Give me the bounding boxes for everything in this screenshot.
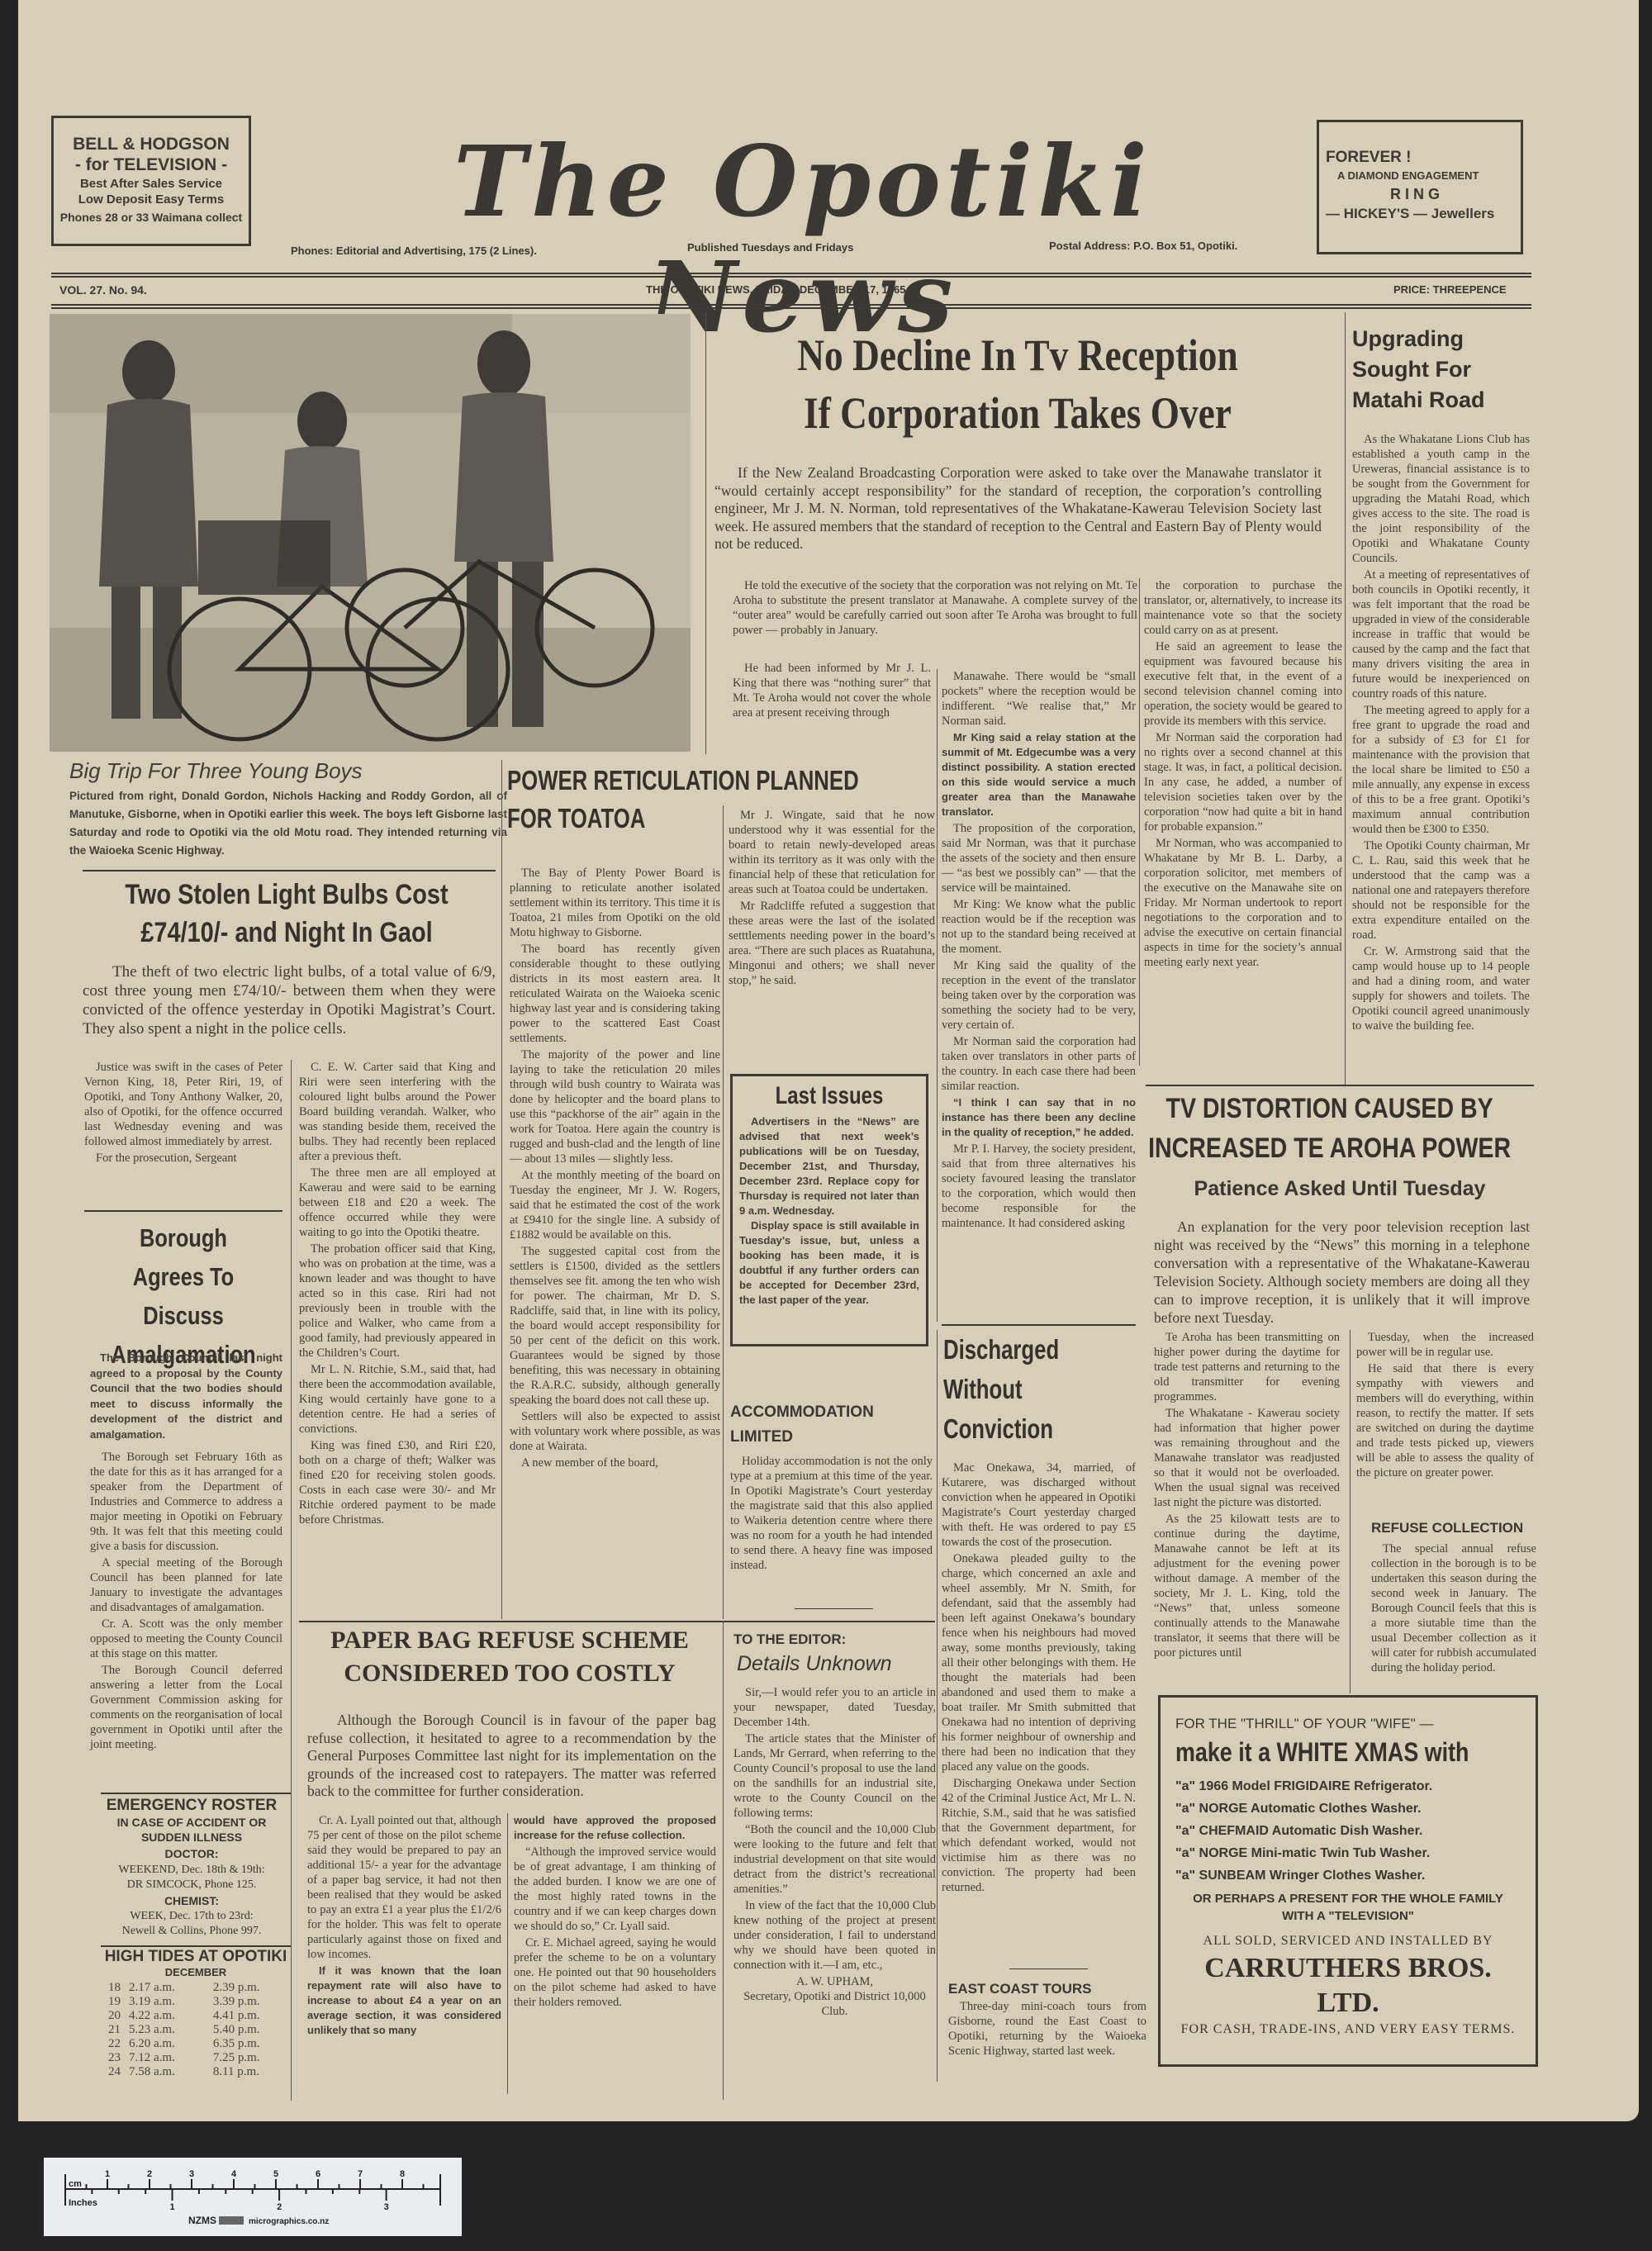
paragraph: A special meeting of the Borough Council… [90,1555,282,1615]
light-bulbs-col1: Justice was swift in the cases of Peter … [84,1060,282,1167]
paragraph: At the monthly meeting of the board on T… [510,1168,720,1242]
tide-am: 7.12 a.m. [129,2051,183,2065]
emergency-roster: EMERGENCY ROSTER IN CASE OF ACCIDENT OR … [93,1797,291,1939]
headline-line: POWER RETICULATION PLANNED [507,762,894,800]
section-rule [1009,1968,1088,1969]
ruler-cm-label: cm [69,2179,82,2189]
ad-xmas-item: "a" 1966 Model FRIGIDAIRE Refrigerator. [1175,1775,1521,1797]
paragraph: “I think I can say that in no instance h… [942,1095,1136,1140]
paragraph: Justice was swift in the cases of Peter … [84,1060,282,1149]
roster-title: EMERGENCY ROSTER [93,1797,291,1815]
paragraph: Mr Norman said the corporation had taken… [942,1034,1136,1094]
column-rule [1139,578,1140,1066]
paragraph: Mr Norman said the corporation had no ri… [1144,730,1342,834]
ruler-inch-label: Inches [69,2198,97,2208]
paper-bag-lead: Although the Borough Council is in favou… [307,1712,716,1801]
tide-pm: 6.35 p.m. [183,2037,268,2051]
tide-day: 18 [108,1981,129,1995]
headline-line: CONSIDERED TOO COSTLY [299,1657,720,1690]
tides-month: DECEMBER [97,1966,295,1979]
ad-hickeys: FOREVER ! A DIAMOND ENGAGEMENT R I N G —… [1317,120,1523,254]
tv-distortion-col1: Te Aroha has been transmitting on higher… [1154,1330,1340,1662]
section-rule [101,1793,291,1794]
tide-row: 204.22 a.m.4.41 p.m. [108,2009,268,2023]
svg-text:8: 8 [400,2169,405,2179]
paragraph: If it was known that the loan repayment … [307,1964,501,2038]
svg-text:2: 2 [277,2202,282,2212]
tv-distortion-lead: An explanation for the very poor televis… [1154,1218,1530,1327]
masthead-phones: Phones: Editorial and Advertising, 175 (… [291,245,537,257]
tide-am: 2.17 a.m. [129,1981,183,1995]
paragraph: Mr P. I. Harvey, the society president, … [942,1142,1136,1231]
svg-text:7: 7 [358,2169,363,2179]
paragraph: Mr King said a relay station at the summ… [942,730,1136,819]
ad-xmas-item: "a" CHEFMAID Automatic Dish Washer. [1175,1820,1521,1842]
photo-caption: Big Trip For Three Young Boys Pictured f… [69,758,507,860]
section-rule [1146,1085,1534,1086]
section-rule [299,1621,935,1622]
tide-row: 215.23 a.m.5.40 p.m. [108,2023,268,2037]
editor-body: Sir,—I would refer you to an article in … [733,1685,936,2019]
headline-paper-bag: PAPER BAG REFUSE SCHEME CONSIDERED TOO C… [299,1624,720,1690]
ad-xmas-company: CARRUTHERS BROS. LTD. [1175,1951,1521,2021]
paragraph: Mr J. Wingate, said that he now understo… [729,808,935,897]
paragraph: Settlers will also be expected to assist… [510,1409,720,1454]
headline-line: INCREASED TE AROHA POWER [1146,1128,1513,1168]
paragraph: For the prosecution, Sergeant [84,1151,282,1166]
ad-xmas-line2: make it a WHITE XMAS with [1175,1734,1465,1770]
paragraph: A new member of the board, [510,1456,720,1470]
paragraph: Cr. W. Armstrong said that the camp woul… [1352,944,1530,1033]
ad-xmas-line3: OR PERHAPS A PRESENT FOR THE WHOLE FAMIL… [1175,1890,1521,1925]
paragraph: Te Aroha has been transmitting on higher… [1154,1330,1340,1404]
paragraph: Tuesday, when the increased power will b… [1356,1330,1534,1360]
borough-lead: The Borough Council last night agreed to… [90,1351,282,1442]
masthead-rule [51,276,1531,278]
paragraph: The article states that the Minister of … [733,1731,936,1821]
caption-title: Big Trip For Three Young Boys [69,758,507,784]
photo-illustration-icon [50,314,691,752]
ad-bell-hodgson: BELL & HODGSON - for TELEVISION - Best A… [51,116,251,246]
tide-am: 7.58 a.m. [129,2065,183,2079]
ad-line: — HICKEY'S — Jewellers [1326,205,1521,223]
paragraph: He said an agreement to lease the equipm… [1144,639,1342,729]
paragraph: Cr. A. Scott was the only member opposed… [90,1617,282,1661]
tv-reception-lead: If the New Zealand Broadcasting Corporat… [714,464,1322,553]
ad-line: Best After Sales Service [54,176,249,192]
photo-three-boys-bicycles [50,314,691,752]
paragraph: King was fined £30, and Riri £20, both o… [299,1438,496,1527]
paragraph: In view of the fact that the 10,000 Club… [733,1898,936,1973]
svg-text:4: 4 [231,2169,237,2179]
last-issues-p1: Advertisers in the “News” are advised th… [739,1114,919,1218]
svg-text:1: 1 [105,2169,110,2179]
roster-doctor-label: DOCTOR: [93,1845,291,1863]
paragraph: Holiday accommodation is not the only ty… [730,1454,933,1573]
light-bulbs-lead: The theft of two electric light bulbs, o… [83,962,496,1038]
headline-line: Two Stolen Light Bulbs Cost [101,876,473,914]
tv-distortion-col2: Tuesday, when the increased power will b… [1356,1330,1534,1482]
dateline-rule [51,304,1531,306]
headline-line: £74/10/- and Night In Gaol [101,914,473,952]
roster-doctor-when: WEEKEND, Dec. 18th & 19th: [93,1863,291,1878]
headline-accommodation: ACCOMMODATION LIMITED [730,1400,912,1450]
ad-line: - for TELEVISION - [54,154,249,176]
column-rule [937,669,938,1322]
editor-signature: A. W. UPHAM, [733,1974,936,1989]
paragraph: The probation officer said that King, wh… [299,1242,496,1361]
tide-row: 226.20 a.m.6.35 p.m. [108,2037,268,2051]
column-rule [937,1330,938,2082]
matahi-body: As the Whakatane Lions Club has establis… [1352,432,1530,1035]
caption-text: Pictured from right, Donald Gordon, Nich… [69,787,507,860]
roster-chemist-who: Newell & Collins, Phone 997. [93,1924,291,1939]
discharged-body: Mac Onekawa, 34, married, of Kutarere, w… [942,1460,1136,1897]
tide-row: 247.58 a.m.8.11 p.m. [108,2065,268,2079]
tide-day: 23 [108,2051,129,2065]
roster-chemist-when: WEEK, Dec. 17th to 23rd: [93,1909,291,1924]
column-rule [501,760,502,1619]
tide-pm: 4.41 p.m. [183,2009,268,2023]
column-rule [507,1813,508,2094]
headline-tv-reception: No Decline In Tv Reception If Corporatio… [761,326,1275,442]
tide-row: 237.12 a.m.7.25 p.m. [108,2051,268,2065]
paragraph: Mr Norman, who was accompanied to Whakat… [1144,836,1342,970]
light-bulbs-col2: C. E. W. Carter said that King and Riri … [299,1060,496,1529]
tide-pm: 8.11 p.m. [183,2065,268,2079]
last-issues-box: Last Issues Advertisers in the “News” ar… [730,1074,928,1346]
headline-line: No Decline In Tv Reception [761,326,1275,384]
ad-line: Phones 28 or 33 Waimana collect [54,207,249,227]
ad-xmas-item: "a" NORGE Automatic Clothes Washer. [1175,1797,1521,1820]
ad-carruthers-white-xmas: FOR THE "THRILL" OF YOUR "WIFE" — make i… [1158,1695,1538,2067]
section-rule [101,1945,291,1947]
ad-xmas-items: "a" 1966 Model FRIGIDAIRE Refrigerator."… [1175,1775,1521,1887]
masthead-rule [51,273,1531,274]
ad-line: BELL & HODGSON [54,135,249,154]
section-rule [84,1210,282,1212]
paragraph: Mr King: We know what the public reactio… [942,897,1136,957]
ruler-url: micrographics.co.nz [249,2217,329,2226]
editor-kicker: TO THE EDITOR: [733,1631,846,1648]
tide-row: 193.19 a.m.3.39 p.m. [108,1995,268,2009]
column-rule [723,805,724,1619]
paragraph: The suggested capital cost from the sett… [510,1244,720,1408]
column-rule [291,1060,292,2101]
high-tides: HIGH TIDES AT OPOTIKI DECEMBER 182.17 a.… [97,1948,295,2079]
headline-tv-distortion: TV DISTORTION CAUSED BY INCREASED TE ARO… [1146,1089,1513,1168]
ad-xmas-line4: ALL SOLD, SERVICED AND INSTALLED BY [1175,1931,1521,1951]
paragraph: As the 25 kilowatt tests are to continue… [1154,1512,1340,1660]
tide-am: 3.19 a.m. [129,1995,183,2009]
ad-line: A DIAMOND ENGAGEMENT [1326,169,1521,183]
ruler-scale-icon: 12345678123 cm Inches NZMS micrographics… [44,2158,462,2236]
paragraph: Discharging Onekawa under Section 42 of … [942,1776,1136,1895]
ad-line: R I N G [1326,183,1521,205]
tv-reception-col1b: He had been informed by Mr J. L. King th… [733,661,931,722]
headline-light-bulbs: Two Stolen Light Bulbs Cost £74/10/- and… [101,876,473,952]
masthead-postal: Postal Address: P.O. Box 51, Opotiki. [1049,240,1237,252]
tide-day: 22 [108,2037,129,2051]
svg-text:1: 1 [170,2202,175,2212]
paragraph: The special annual refuse collection in … [1371,1541,1536,1675]
last-issues-headline: Last Issues [757,1081,901,1111]
ruler-brand: NZMS [188,2215,216,2226]
newspaper-page: BELL & HODGSON - for TELEVISION - Best A… [18,0,1639,2121]
paragraph: “Both the council and the 10,000 Club we… [733,1822,936,1897]
paragraph: He had been informed by Mr J. L. King th… [733,661,931,720]
volume-number: VOL. 27. No. 94. [59,283,147,297]
ad-line: Low Deposit Easy Terms [54,192,249,207]
tv-reception-col2: Manawahe. There would be “small pockets”… [942,669,1136,1232]
paragraph: Cr. A. Lyall pointed out that, although … [307,1813,501,1962]
paragraph: The Borough Council deferred answering a… [90,1663,282,1752]
tide-pm: 5.40 p.m. [183,2023,268,2037]
paragraph: Mr L. N. Ritchie, S.M., said that, had t… [299,1362,496,1437]
paragraph: The three men are all employed at Kawera… [299,1166,496,1240]
paragraph: Mr King said the quality of the receptio… [942,958,1136,1033]
paragraph: The Borough set February 16th as the dat… [90,1450,282,1554]
subhead-patience: Patience Asked Until Tuesday [1146,1177,1534,1201]
paper-bag-col1: Cr. A. Lyall pointed out that, although … [307,1813,501,2040]
column-rule [723,1621,724,2100]
tide-day: 20 [108,2009,129,2023]
roster-subtitle: IN CASE OF ACCIDENT OR SUDDEN ILLNESS [93,1815,291,1845]
svg-text:3: 3 [189,2169,194,2179]
headline-line: TV DISTORTION CAUSED BY [1146,1089,1513,1128]
tide-day: 19 [108,1995,129,2009]
masthead-published: Published Tuesdays and Fridays [687,241,853,254]
column-rule [1345,312,1346,1085]
roster-chemist-label: CHEMIST: [93,1892,291,1909]
paragraph: Onekawa pleaded guilty to the charge, wh… [942,1551,1136,1774]
headline-matahi: Upgrading Sought For Matahi Road [1352,324,1493,416]
ad-xmas-item: "a" NORGE Mini-matic Twin Tub Washer. [1175,1842,1521,1864]
east-coast-body: Three-day mini-coach tours from Gisborne… [948,1999,1146,2060]
paragraph: Mac Onekawa, 34, married, of Kutarere, w… [942,1460,1136,1550]
headline-line: If Corporation Takes Over [761,384,1275,442]
section-rule [795,1608,873,1609]
svg-text:2: 2 [147,2169,152,2179]
paragraph: At a meeting of representatives of both … [1352,567,1530,701]
paragraph: the corporation to purchase the translat… [1144,578,1342,638]
tides-title: HIGH TIDES AT OPOTIKI [97,1948,295,1966]
tide-row: 182.17 a.m.2.39 p.m. [108,1981,268,1995]
dateline-rule [51,307,1531,309]
refuse-collection-body: The special annual refuse collection in … [1371,1541,1536,1677]
last-issues-p2: Display space is still available in Tues… [739,1218,919,1308]
paragraph: As the Whakatane Lions Club has establis… [1352,432,1530,566]
svg-text:6: 6 [316,2169,320,2179]
tide-day: 24 [108,2065,129,2079]
dateline: THE OPOTIKI NEWS, FRIDAY, DECEMBER 17, 1… [646,283,909,296]
ad-xmas-line5: FOR CASH, TRADE-INS, AND VERY EASY TERMS… [1175,2021,1521,2039]
tide-pm: 3.39 p.m. [183,1995,268,2009]
tide-pm: 2.39 p.m. [183,1981,268,1995]
ad-xmas-line1: FOR THE "THRILL" OF YOUR "WIFE" — [1175,1714,1521,1734]
section-rule [942,1324,1136,1326]
tide-pm: 7.25 p.m. [183,2051,268,2065]
paragraph: He told the executive of the society tha… [733,578,1137,638]
power-col1: The Bay of Plenty Power Board is plannin… [510,866,720,1472]
paragraph: He said that there is every sympathy wit… [1356,1361,1534,1480]
headline-discharged: Discharged Without Conviction [943,1330,1072,1449]
paragraph: would have approved the proposed increas… [514,1813,716,1843]
paragraph: The majority of the power and line layin… [510,1047,720,1166]
tides-table: 182.17 a.m.2.39 p.m.193.19 a.m.3.39 p.m.… [108,1981,268,2079]
tide-am: 6.20 a.m. [129,2037,183,2051]
paragraph: “Although the improved service would be … [514,1845,716,1934]
paragraph: The proposition of the corporation, said… [942,821,1136,895]
headline-refuse-collection: REFUSE COLLECTION [1371,1520,1523,1536]
paragraph: The meeting agreed to apply for a free g… [1352,703,1530,837]
paragraph: The Bay of Plenty Power Board is plannin… [510,866,720,940]
tv-reception-col3: the corporation to purchase the translat… [1144,578,1342,971]
caption-rule [83,870,496,871]
paragraph: The Opotiki County chairman, Mr C. L. Ra… [1352,838,1530,943]
svg-text:5: 5 [273,2169,278,2179]
column-rule [1350,1330,1351,1693]
paragraph: Cr. E. Michael agreed, saying he would p… [514,1935,716,2010]
tv-reception-col1: He told the executive of the society tha… [733,578,1137,639]
paragraph: Sir,—I would refer you to an article in … [733,1685,936,1730]
price: PRICE: THREEPENCE [1393,283,1507,296]
editor-signature-title: Secretary, Opotiki and District 10,000 C… [733,1989,936,2019]
editor-headline: Details Unknown [737,1652,892,1676]
paragraph: The board has recently given considerabl… [510,942,720,1046]
ad-line: FOREVER ! [1326,147,1521,169]
column-rule [705,312,706,754]
borough-body: The Borough set February 16th as the dat… [90,1450,282,1754]
tide-am: 4.22 a.m. [129,2009,183,2023]
tide-day: 21 [108,2023,129,2037]
paragraph: Mr Radcliffe refuted a suggestion that t… [729,899,935,988]
headline-east-coast: EAST COAST TOURS [948,1981,1091,1997]
roster-doctor-who: DR SIMCOCK, Phone 125. [93,1878,291,1892]
accommodation-body: Holiday accommodation is not the only ty… [730,1454,933,1574]
paragraph: Manawahe. There would be “small pockets”… [942,669,1136,729]
power-col2: Mr J. Wingate, said that he now understo… [729,808,935,990]
svg-text:3: 3 [384,2202,389,2212]
headline-line: PAPER BAG REFUSE SCHEME [299,1624,720,1657]
paragraph: Three-day mini-coach tours from Gisborne… [948,1999,1146,2059]
paper-bag-col2: would have approved the proposed increas… [514,1813,716,2011]
paragraph: The Whakatane - Kawerau society had info… [1154,1406,1340,1510]
ad-xmas-item: "a" SUNBEAM Wringer Clothes Washer. [1175,1864,1521,1887]
paragraph: C. E. W. Carter said that King and Riri … [299,1060,496,1164]
tide-am: 5.23 a.m. [129,2023,183,2037]
scale-ruler: 12345678123 cm Inches NZMS micrographics… [44,2158,462,2236]
